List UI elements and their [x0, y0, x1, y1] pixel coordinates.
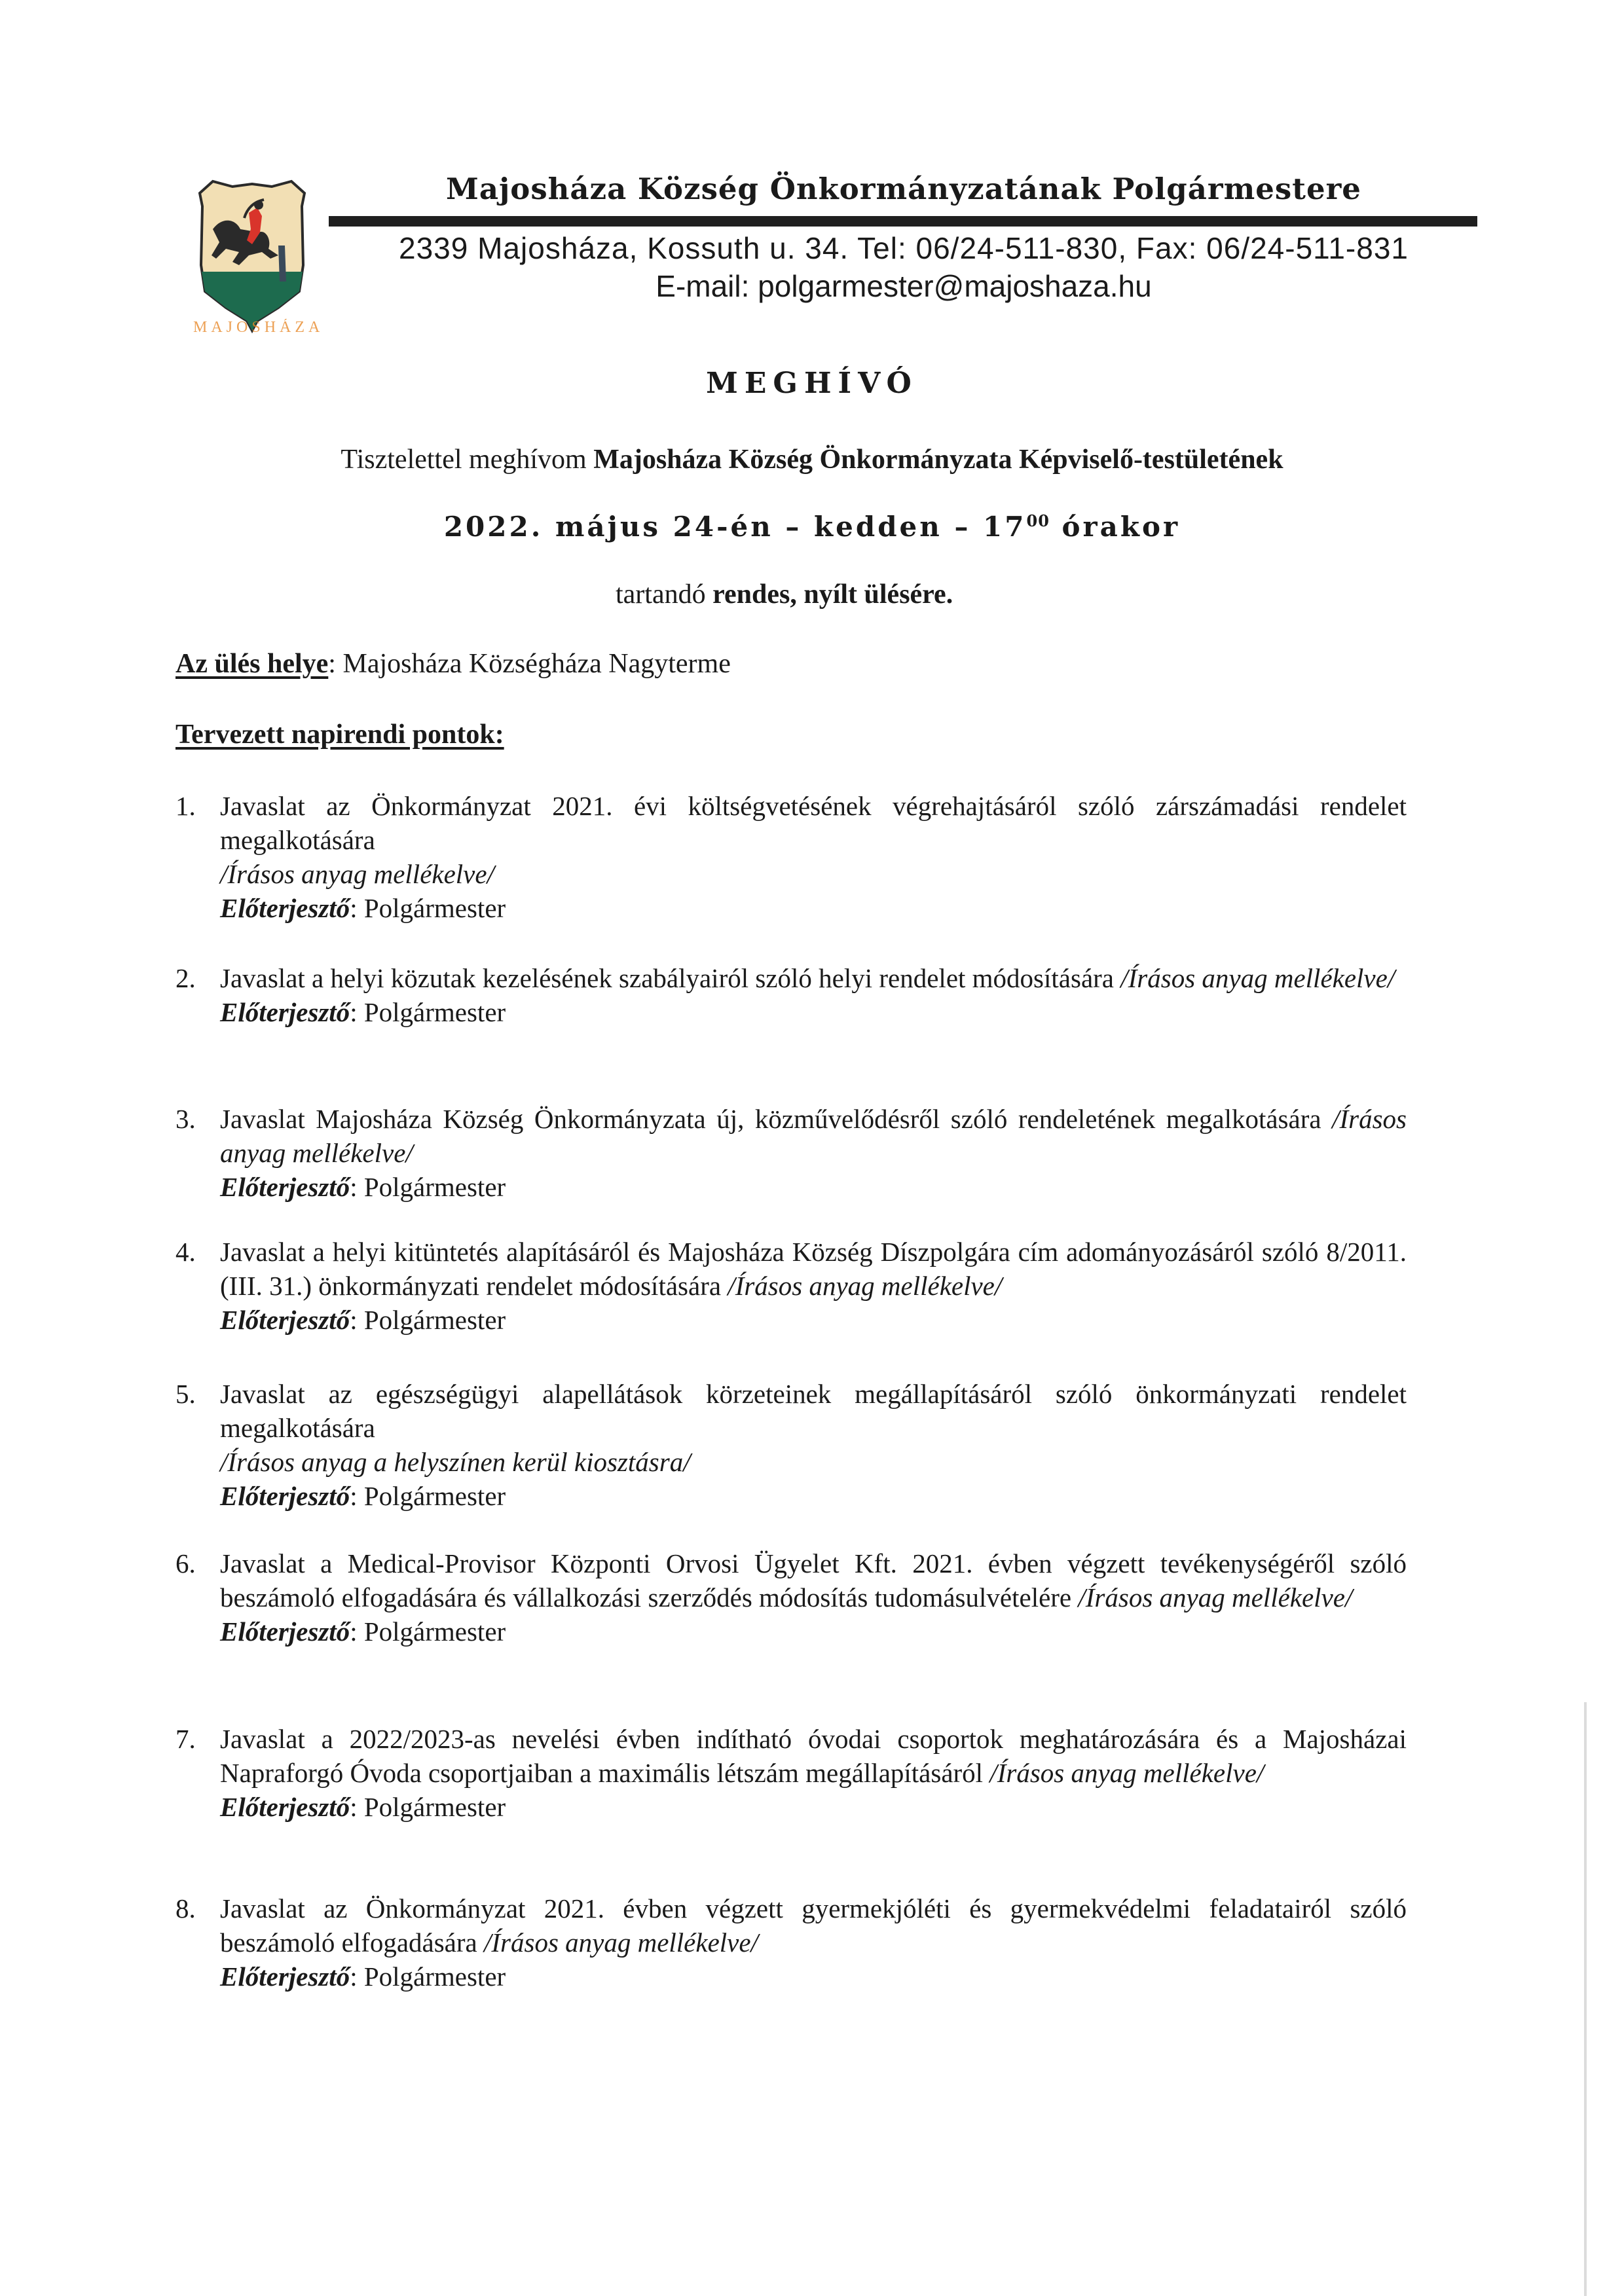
- presenter-label: Előterjesztő: [220, 1792, 350, 1822]
- agenda-item: 6. Javaslat a Medical-Provisor Központi …: [175, 1546, 1407, 1649]
- agenda-item-body: Javaslat a helyi közutak kezelésének sza…: [220, 961, 1407, 1029]
- presenter-colon: :: [350, 997, 364, 1027]
- presenter-label: Előterjesztő: [220, 1305, 350, 1335]
- agenda-item-presenter: Előterjesztő: Polgármester: [220, 1790, 1407, 1824]
- agenda-item-body: Javaslat az Önkormányzat 2021. évi költs…: [220, 789, 1407, 925]
- agenda-item-number: 5.: [175, 1377, 215, 1411]
- date-main: 2022. május 24-én – kedden – 17: [444, 511, 1027, 543]
- presenter-value: Polgármester: [364, 997, 506, 1027]
- document-title: MEGHÍVÓ: [0, 367, 1624, 400]
- presenter-colon: :: [350, 1481, 364, 1511]
- agenda-item-number: 4.: [175, 1235, 215, 1269]
- presenter-value: Polgármester: [364, 1961, 506, 1992]
- venue-separator: :: [328, 649, 342, 679]
- invitation-intro: Tisztelettel meghívom Majosháza Község Ö…: [0, 444, 1624, 475]
- agenda-item-text: Javaslat az Önkormányzat 2021. évben vég…: [220, 1893, 1407, 1958]
- agenda-item-body: Javaslat a helyi kitüntetés alapításáról…: [220, 1235, 1407, 1337]
- agenda-item-text: Javaslat az egészségügyi alapellátások k…: [220, 1379, 1407, 1443]
- agenda-item-presenter: Előterjesztő: Polgármester: [220, 1479, 1407, 1513]
- coat-of-arms-icon: [187, 167, 318, 337]
- agenda-item: 2. Javaslat a helyi közutak kezelésének …: [175, 961, 1407, 1029]
- presenter-value: Polgármester: [364, 1305, 506, 1335]
- scan-artifact-line: [1584, 1702, 1587, 2296]
- presenter-value: Polgármester: [364, 1172, 506, 1202]
- agenda-item-body: Javaslat a 2022/2023-as nevelési évben i…: [220, 1722, 1407, 1824]
- presenter-colon: :: [350, 893, 364, 923]
- letterhead-email: E-mail: polgarmester@majoshaza.hu: [327, 268, 1480, 304]
- presenter-label: Előterjesztő: [220, 1481, 350, 1511]
- presenter-value: Polgármester: [364, 1792, 506, 1822]
- venue-label: Az ülés helye: [175, 649, 328, 679]
- meeting-venue: Az ülés helye: Majosháza Községháza Nagy…: [175, 648, 731, 680]
- agenda-item-number: 1.: [175, 789, 215, 823]
- agenda-item-note: /Írásos anyag mellékelve/: [989, 1758, 1264, 1788]
- presenter-label: Előterjesztő: [220, 1616, 350, 1647]
- letterhead-address: 2339 Majosháza, Kossuth u. 34. Tel: 06/2…: [327, 230, 1480, 266]
- agenda-item-text: Javaslat az Önkormányzat 2021. évi költs…: [220, 791, 1407, 855]
- agenda-item-text: Javaslat Majosháza Község Önkormányzata …: [220, 1104, 1332, 1134]
- presenter-label: Előterjesztő: [220, 893, 350, 923]
- agenda-item-number: 8.: [175, 1891, 215, 1925]
- meeting-type: tartandó rendes, nyílt ülésére.: [616, 579, 953, 610]
- agenda-item: 3. Javaslat Majosháza Község Önkormányza…: [175, 1102, 1407, 1204]
- agenda-item-note: /Írásos anyag mellékelve/: [484, 1927, 758, 1958]
- agenda-item-body: Javaslat Majosháza Község Önkormányzata …: [220, 1102, 1407, 1204]
- agenda-item-number: 2.: [175, 961, 215, 995]
- agenda-item-body: Javaslat az Önkormányzat 2021. évben vég…: [220, 1891, 1407, 1994]
- presenter-colon: :: [350, 1792, 364, 1822]
- agenda-item-presenter: Előterjesztő: Polgármester: [220, 1170, 1407, 1204]
- logo-caption: MAJOSHÁZA: [193, 319, 311, 337]
- agenda-item: 7. Javaslat a 2022/2023-as nevelési évbe…: [175, 1722, 1407, 1824]
- agenda-item-presenter: Előterjesztő: Polgármester: [220, 1959, 1407, 1994]
- agenda-item-presenter: Előterjesztő: Polgármester: [220, 891, 1407, 925]
- presenter-colon: :: [350, 1305, 364, 1335]
- coat-of-arms-logo: MAJOSHÁZA: [187, 167, 318, 337]
- intro-body: Majosháza Község Önkormányzata Képviselő…: [593, 445, 1283, 475]
- intro-prefix: Tisztelettel meghívom: [341, 445, 593, 475]
- agenda-item-note: /Írásos anyag a helyszínen kerül kiosztá…: [220, 1445, 1407, 1479]
- agenda-item: 5. Javaslat az egészségügyi alapellátáso…: [175, 1377, 1407, 1513]
- presenter-label: Előterjesztő: [220, 1172, 350, 1202]
- date-suffix: órakor: [1050, 511, 1180, 543]
- agenda-item-note: /Írásos anyag mellékelve/: [220, 857, 1407, 891]
- agenda-item-presenter: Előterjesztő: Polgármester: [220, 995, 1407, 1029]
- presenter-value: Polgármester: [364, 1481, 506, 1511]
- agenda-item: 8. Javaslat az Önkormányzat 2021. évben …: [175, 1891, 1407, 1994]
- letterhead-title: Majosháza Község Önkormányzatának Polgár…: [327, 172, 1480, 206]
- agenda-item-note: /Írásos anyag mellékelve/: [1078, 1582, 1352, 1613]
- agenda-item-note: /Írásos anyag mellékelve/: [1120, 963, 1395, 993]
- agenda-item-number: 6.: [175, 1546, 215, 1580]
- presenter-value: Polgármester: [364, 893, 506, 923]
- agenda-item-presenter: Előterjesztő: Polgármester: [220, 1303, 1407, 1337]
- meeting-date: 2022. május 24-én – kedden – 1700 órakor: [0, 511, 1624, 543]
- agenda-item: 1. Javaslat az Önkormányzat 2021. évi kö…: [175, 789, 1407, 925]
- agenda-item-number: 3.: [175, 1102, 215, 1136]
- presenter-label: Előterjesztő: [220, 1961, 350, 1992]
- date-minutes: 00: [1027, 511, 1050, 530]
- meeting-type-value: rendes, nyílt ülésére.: [712, 579, 953, 610]
- presenter-colon: :: [350, 1172, 364, 1202]
- presenter-label: Előterjesztő: [220, 997, 350, 1027]
- agenda-item-presenter: Előterjesztő: Polgármester: [220, 1614, 1407, 1649]
- agenda-heading: Tervezett napirendi pontok:: [175, 719, 504, 750]
- agenda-item-body: Javaslat a Medical-Provisor Központi Orv…: [220, 1546, 1407, 1649]
- agenda-item: 4. Javaslat a helyi kitüntetés alapításá…: [175, 1235, 1407, 1337]
- agenda-item-note: /Írásos anyag mellékelve/: [728, 1271, 1002, 1301]
- venue-value: Majosháza Községháza Nagyterme: [342, 649, 730, 679]
- presenter-value: Polgármester: [364, 1616, 506, 1647]
- agenda-item-number: 7.: [175, 1722, 215, 1756]
- meeting-type-prefix: tartandó: [616, 579, 712, 610]
- agenda-item-body: Javaslat az egészségügyi alapellátások k…: [220, 1377, 1407, 1513]
- presenter-colon: :: [350, 1961, 364, 1992]
- presenter-colon: :: [350, 1616, 364, 1647]
- agenda-item-text: Javaslat a helyi közutak kezelésének sza…: [220, 963, 1120, 993]
- letterhead-divider: [329, 216, 1477, 227]
